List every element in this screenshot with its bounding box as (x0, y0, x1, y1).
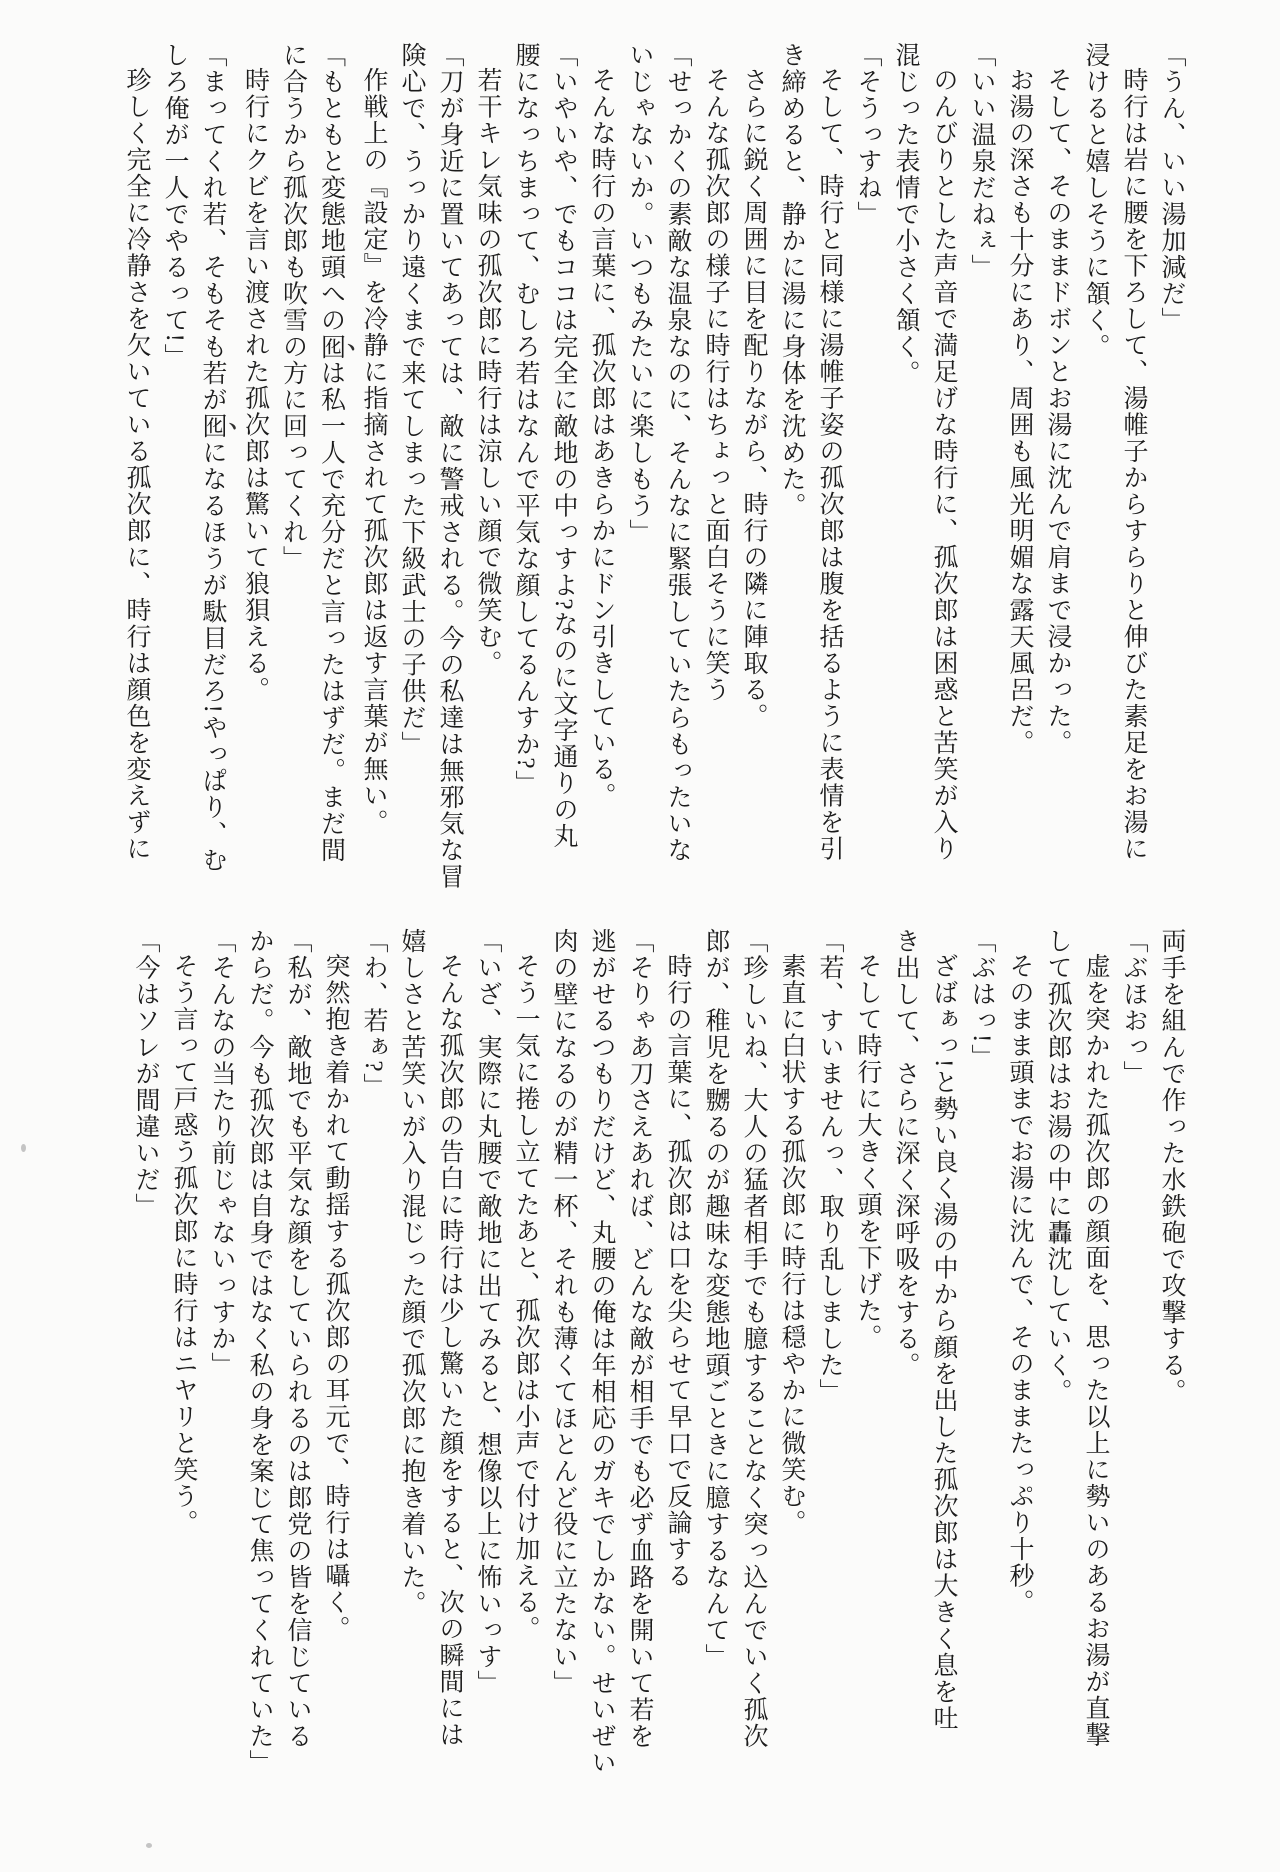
text-column: 「いい温泉だねぇ」 (962, 42, 1000, 904)
emphasized-char: 囮﹅ (318, 334, 345, 361)
text-column: 「ぶはっ!」 (962, 928, 1000, 1808)
text-column: からだ。今も孤次郎は自身ではなく私の身を案じて焦ってくれていた」 (240, 928, 278, 1808)
text-column: しろ俺が一人でやるって!」 (155, 42, 193, 904)
text-column: 郎が、稚児を嬲るのが趣味な変態地頭ごときに臆するなんて」 (696, 928, 734, 1808)
text-column: 「今はソレが間違いだ」 (126, 928, 164, 1808)
text-column: 「わ、若ぁ?」 (354, 928, 392, 1808)
text-column: そして、そのままドボンとお湯に沈んで肩まで浸かった。 (1038, 42, 1076, 904)
text-column: いじゃないか。いつもみたいに楽しもう」 (620, 42, 658, 904)
text-column: 両手を組んで作った水鉄砲で攻撃する。 (1152, 928, 1190, 1808)
text-column: 混じった表情で小さく頷く。 (886, 42, 924, 904)
text-column: 素直に白状する孤次郎に時行は穏やかに微笑む。 (772, 928, 810, 1808)
text-column: 「珍しいね、大人の猛者相手でも臆することなく突っ込んでいく孤次 (734, 928, 772, 1808)
text-column: 時行にクビを言い渡された孤次郎は驚いて狼狽える。 (236, 42, 274, 904)
text-column: お湯の深さも十分にあり、周囲も風光明媚な露天風呂だ。 (1000, 42, 1038, 904)
text-column: き締めると、静かに湯に身体を沈めた。 (772, 42, 810, 904)
text-column: 嬉しさと苦笑いが入り混じった顔で孤次郎に抱き着いた。 (392, 928, 430, 1808)
text-column: 「刀が身近に置いてあっては、敵に警戒される。今の私達は無邪気な冒 (430, 42, 468, 904)
text-column: 「まってくれ若、そもそも若が囮﹅になるほうが駄目だろ!やっぱり、む (193, 42, 236, 904)
text-column: 時行は岩に腰を下ろして、湯帷子からすらりと伸びた素足をお湯に (1114, 42, 1152, 904)
text-column: 腰になっちまって、むしろ若はなんで平気な顔してるんすか?」 (506, 42, 544, 904)
text-column: 「いやいや、でもココは完全に敵地の中っすよ?なのに文字通りの丸 (544, 42, 582, 904)
text-block-bottom: 両手を組んで作った水鉄砲で攻撃する。「ぶほおっ」虚を突かれた孤次郎の顔面を、思っ… (126, 928, 1190, 1808)
text-column: そんな孤次郎の告白に時行は少し驚いた顔をすると、次の瞬間には (430, 928, 468, 1808)
text-column: そして時行に大きく頭を下げた。 (848, 928, 886, 1808)
text-column: 虚を突かれた孤次郎の顔面を、思った以上に勢いのあるお湯が直撃 (1076, 928, 1114, 1808)
text-column: 「私が、敵地でも平気な顔をしていられるのは郎党の皆を信じている (278, 928, 316, 1808)
text-column: 「若、すいませんっ、取り乱しました」 (810, 928, 848, 1808)
text-column: 険心で、うっかり遠くまで来てしまった下級武士の子供だ」 (392, 42, 430, 904)
text-column: そう一気に捲し立てたあと、孤次郎は小声で付け加える。 (506, 928, 544, 1808)
text-column: 「ぶほおっ」 (1114, 928, 1152, 1808)
text-column: 「そうっすね」 (848, 42, 886, 904)
text-column: 「もともと変態地頭への囮﹅は私一人で充分だと言ったはずだ。まだ間 (312, 42, 355, 904)
text-column: 逃がせるつもりだけど、丸腰の俺は年相応のガキでしかない。せいぜい (582, 928, 620, 1808)
text-column: 「そりゃあ刀さえあれば、どんな敵が相手でも必ず血路を開いて若を (620, 928, 658, 1808)
text-column: そのまま頭までお湯に沈んで、そのままたっぷり十秒。 (1000, 928, 1038, 1808)
text-column: 若干キレ気味の孤次郎に時行は涼しい顔で微笑む。 (468, 42, 506, 904)
print-speck (21, 1144, 26, 1152)
text-column: して孤次郎はお湯の中に轟沈していく。 (1038, 928, 1076, 1808)
text-column: 「そんなの当たり前じゃないっすか」 (202, 928, 240, 1808)
print-speck (146, 1843, 152, 1848)
text-column: 時行の言葉に、孤次郎は口を尖らせて早口で反論する (658, 928, 696, 1808)
text-block-top: 「うん、いい湯加減だ」時行は岩に腰を下ろして、湯帷子からすらりと伸びた素足をお湯… (117, 42, 1190, 904)
text-column: 肉の壁になるのが精一杯、それも薄くてほとんど役に立たない」 (544, 928, 582, 1808)
text-column: き出して、さらに深く深呼吸をする。 (886, 928, 924, 1808)
text-column: そんな孤次郎の様子に時行はちょっと面白そうに笑う (696, 42, 734, 904)
novel-page: 「うん、いい湯加減だ」時行は岩に腰を下ろして、湯帷子からすらりと伸びた素足をお湯… (0, 0, 1280, 1872)
text-column: 「いざ、実際に丸腰で敵地に出てみると、想像以上に怖いっす」 (468, 928, 506, 1808)
text-column: 作戦上の『設定』を冷静に指摘されて孤次郎は返す言葉が無い。 (354, 42, 392, 904)
text-column: 突然抱き着かれて動揺する孤次郎の耳元で、時行は囁く。 (316, 928, 354, 1808)
text-column: のんびりとした声音で満足げな時行に、孤次郎は困惑と苦笑が入り (924, 42, 962, 904)
text-column: そんな時行の言葉に、孤次郎はあきらかにドン引きしている。 (582, 42, 620, 904)
text-column: 「うん、いい湯加減だ」 (1152, 42, 1190, 904)
text-column: に合うから孤次郎も吹雪の方に回ってくれ」 (274, 42, 312, 904)
text-column: そして、時行と同様に湯帷子姿の孤次郎は腹を括るように表情を引 (810, 42, 848, 904)
text-column: 珍しく完全に冷静さを欠いている孤次郎に、時行は顔色を変えずに (117, 42, 155, 904)
text-column: ざばぁっ!と勢い良く湯の中から顔を出した孤次郎は大きく息を吐 (924, 928, 962, 1808)
text-column: さらに鋭く周囲に目を配りながら、時行の隣に陣取る。 (734, 42, 772, 904)
emphasized-char: 囮﹅ (199, 413, 226, 440)
text-column: 浸けると嬉しそうに頷く。 (1076, 42, 1114, 904)
text-column: そう言って戸惑う孤次郎に時行はニヤリと笑う。 (164, 928, 202, 1808)
text-column: 「せっかくの素敵な温泉なのに、そんなに緊張していたらもったいな (658, 42, 696, 904)
